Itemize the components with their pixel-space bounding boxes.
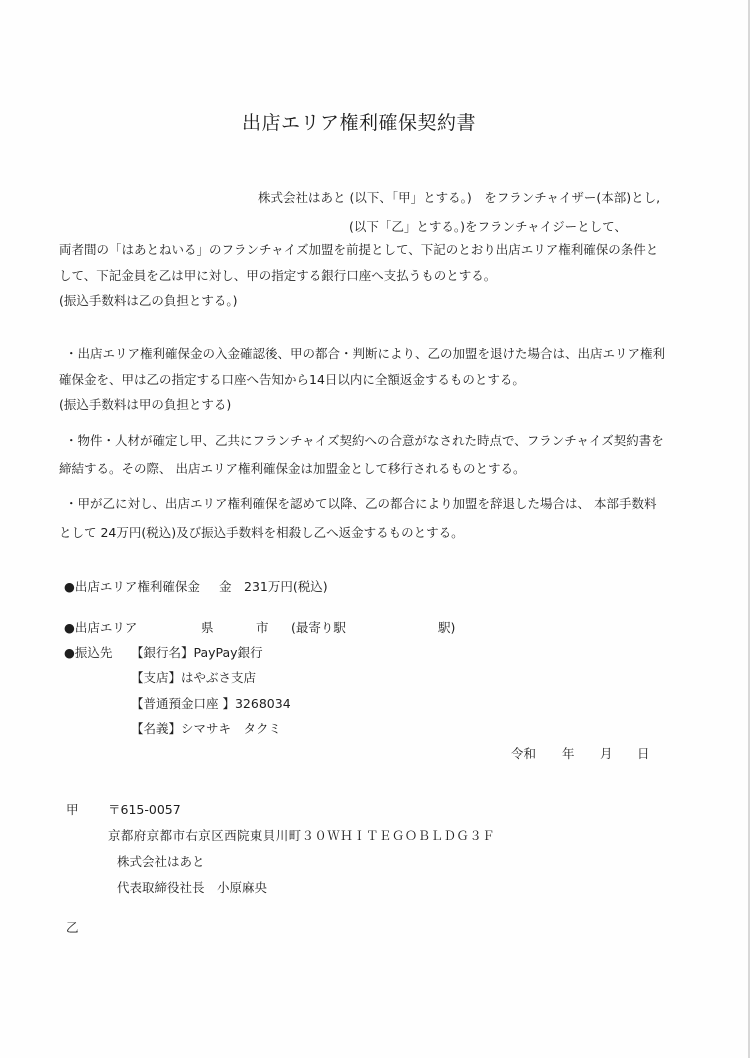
intro-line-1: 株式会社はあと (以下、「甲」とする。) をフランチャイザー(本部)とし, (258, 190, 660, 206)
bank-branch: 【支店】はやぶさ支店 (131, 670, 256, 686)
party-a-postal: 〒615-0057 (108, 800, 181, 818)
clause-2-line-1: ・物件・人材が確定し甲、乙共にフランチャイズ契約への合意がなされた時点で、フラン… (65, 433, 664, 449)
party-a-company: 株式会社はあと (117, 852, 205, 870)
clause-2-line-2: 締結する。その際、 出店エリア権利確保金は加盟金として移行されるものとする。 (59, 461, 525, 477)
clause-3-line-1: ・甲が乙に対し、出店エリア権利確保を認めて以降、乙の都合により加盟を辞退した場合… (65, 496, 656, 512)
bank-label: ●振込先 (64, 645, 112, 661)
party-b-label: 乙 (66, 918, 79, 936)
bank-account: 【普通預金口座 】3268034 (131, 696, 291, 712)
date-era: 令和 (511, 746, 536, 762)
fee-value: 金 231万円(税込) (219, 579, 328, 595)
intro-line-5: (振込手数料は乙の負担とする。) (59, 293, 238, 309)
intro-line-2: (以下「乙」とする。)をフランチャイジーとして、 (349, 219, 627, 235)
clause-1-line-2: 確保金を、甲は乙の指定する口座へ告知から14日以内に全額返金するものとする。 (59, 372, 525, 388)
party-a-address: 京都府京都市右京区西院東貝川町３０ＷＨＩＴＥＧＯＢＬＤＧ３Ｆ (108, 826, 495, 844)
document-title: 出店エリア権利確保契約書 (0, 108, 718, 135)
date-month: 月 (600, 746, 613, 762)
area-station-open: (最寄り駅 (291, 620, 346, 636)
contract-page: 出店エリア権利確保契約書 株式会社はあと (以下、「甲」とする。) をフランチャ… (0, 0, 750, 1058)
fee-label: ●出店エリア権利確保金 (64, 579, 200, 595)
clause-1-line-1: ・出店エリア権利確保金の入金確認後、甲の都合・判断により、乙の加盟を退けた場合は… (65, 346, 665, 362)
date-year: 年 (562, 746, 575, 762)
area-label: ●出店エリア (64, 620, 137, 636)
party-a-label: 甲 (66, 800, 79, 818)
bank-holder: 【名義】シマサキ タクミ (131, 721, 281, 737)
clause-1-line-3: (振込手数料は甲の負担とする) (59, 397, 231, 413)
area-prefecture: 県 (201, 620, 214, 636)
date-day: 日 (637, 746, 650, 762)
intro-line-3: 両者間の「はあとねいる」のフランチャイズ加盟を前提として、下記のとおり出店エリア… (59, 242, 658, 258)
bank-name: 【銀行名】PayPay銀行 (131, 645, 263, 661)
clause-3-line-2: として 24万円(税込)及び振込手数料を相殺し乙へ返金するものとする。 (59, 525, 464, 541)
area-station-close: 駅) (438, 620, 455, 636)
party-a-representative: 代表取締役社長 小原麻央 (117, 878, 267, 896)
area-city: 市 (256, 620, 269, 636)
intro-line-4: して、下記金員を乙は甲に対し、甲の指定する銀行口座へ支払うものとする。 (59, 268, 496, 284)
